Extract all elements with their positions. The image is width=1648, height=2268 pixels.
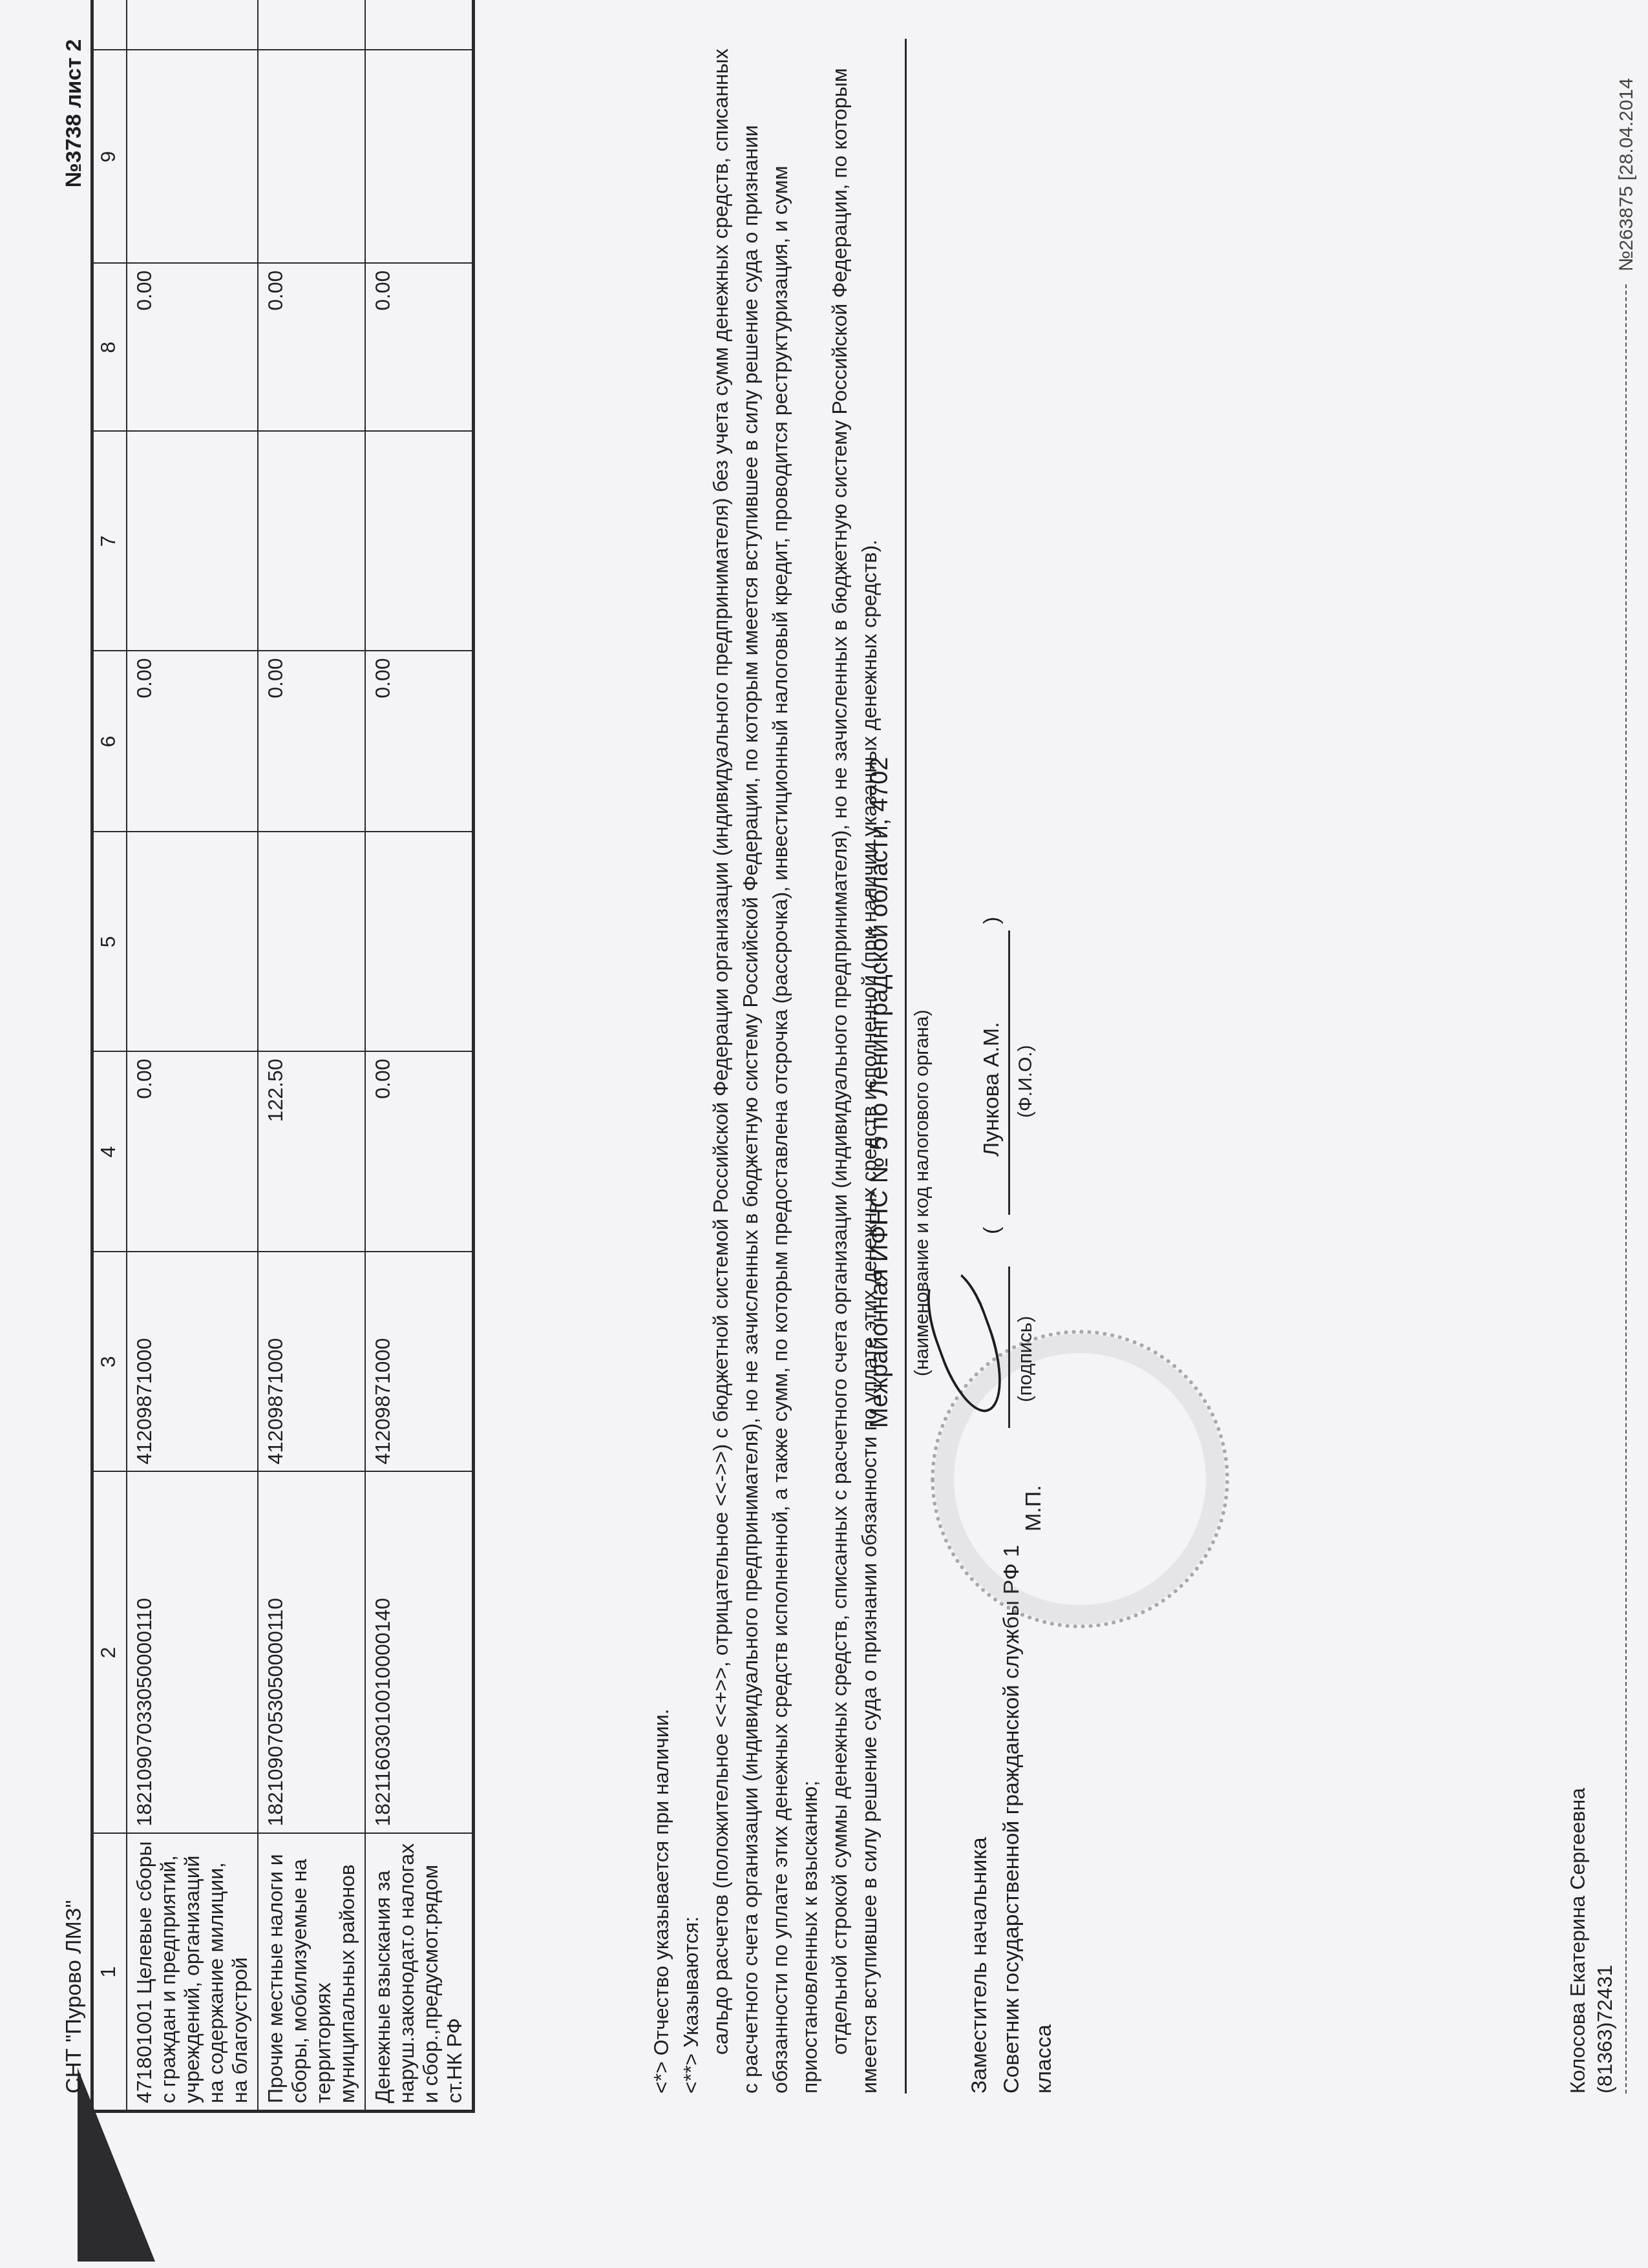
footnote-patronymic: <*> Отчество указывается при наличии. xyxy=(646,39,676,2094)
column-header: 2 xyxy=(92,1472,127,1834)
table-header-row: 1 2 3 4 5 6 7 8 9 10 xyxy=(92,0,127,2112)
signature-caption: (подпись) xyxy=(1015,1316,1037,1402)
table-row: Денежные взыскания за наруш.законодат.о … xyxy=(365,0,474,2112)
oktmo-cell: 41209871000 xyxy=(258,1252,365,1472)
tax-authority-name: Межрайонная ИФНС № 5 по Ленинградской об… xyxy=(866,757,894,1428)
tax-name-cell: 471801001 Целевые сборы с граждан и пред… xyxy=(127,1834,258,2112)
column-header: 4 xyxy=(92,1052,127,1252)
tax-name-cell: Прочие местные налоги и сборы, мобилизуе… xyxy=(258,1834,365,2112)
footnote-balance: сальдо расчетов (положительное <<+>>, от… xyxy=(706,39,825,2094)
tax-name-cell: Денежные взыскания за наруш.законодат.о … xyxy=(365,1834,474,2112)
footnotes: <*> Отчество указывается при наличии. <*… xyxy=(646,39,884,2094)
table-row: Прочие местные налоги и сборы, мобилизуе… xyxy=(258,0,365,2112)
document-page: СНТ "Пурово ЛМЗ" №3738 лист 2 1 2 3 4 5 … xyxy=(0,0,1648,2268)
signatory-name: Лункова А.М. xyxy=(979,1022,1004,1157)
value-cell: 0.00 xyxy=(258,0,365,50)
column-header: 1 xyxy=(92,1834,127,2112)
value-cell: 0.00 xyxy=(127,264,258,432)
value-cell xyxy=(258,432,365,651)
value-cell: 0.00 xyxy=(365,0,474,50)
kbk-cell: 18210907033050000110 xyxy=(127,1472,258,1834)
signature-line xyxy=(1008,1266,1010,1428)
value-cell xyxy=(258,50,365,264)
name-caption: (Ф.И.О.) xyxy=(1015,1045,1037,1118)
value-cell xyxy=(127,50,258,264)
value-cell: 0.00 xyxy=(127,651,258,832)
settlements-table: 1 2 3 4 5 6 7 8 9 10 471801001 Целевые с… xyxy=(90,0,475,2113)
seal-label: М.П. xyxy=(1021,1485,1046,1531)
value-cell xyxy=(127,832,258,1052)
value-cell: 122.50 xyxy=(258,1052,365,1252)
organization-name: СНТ "Пурово ЛМЗ" xyxy=(61,1900,87,2094)
tax-authority-underline xyxy=(905,39,907,2094)
document-reference: №3738 лист 2 xyxy=(61,39,87,187)
value-cell xyxy=(365,832,474,1052)
kbk-cell: 18211603010010000140 xyxy=(365,1472,474,1834)
value-cell: 0.00 xyxy=(258,264,365,432)
oktmo-cell: 41209871000 xyxy=(127,1252,258,1472)
value-cell xyxy=(127,432,258,651)
kbk-cell: 18210907053050000110 xyxy=(258,1472,365,1834)
executor-name: Колосова Екатерина Сергеевна xyxy=(1564,1788,1591,2094)
value-cell: 0.00 xyxy=(365,1052,474,1252)
footnote-specified: <**> Указываются: xyxy=(676,39,706,2094)
value-cell: 0.00 xyxy=(127,0,258,50)
value-cell xyxy=(258,832,365,1052)
column-header: 8 xyxy=(92,264,127,432)
footer-cut-line xyxy=(1625,284,1627,2094)
name-paren-close: ) xyxy=(979,917,1004,924)
column-header: 5 xyxy=(92,832,127,1052)
column-header: 10 xyxy=(92,0,127,50)
value-cell: 0.00 xyxy=(365,651,474,832)
value-cell: 0.00 xyxy=(258,651,365,832)
executor-phone: (81363)72431 xyxy=(1591,1788,1618,2094)
column-header: 9 xyxy=(92,50,127,264)
value-cell: 0.00 xyxy=(365,264,474,432)
value-cell xyxy=(365,50,474,264)
column-header: 7 xyxy=(92,432,127,651)
footer-reference: №263875 [28.04.2014 xyxy=(1616,78,1638,271)
executor-info: Колосова Екатерина Сергеевна (81363)7243… xyxy=(1564,1788,1618,2094)
name-line xyxy=(1008,930,1010,1215)
column-header: 6 xyxy=(92,651,127,832)
column-header: 3 xyxy=(92,1252,127,1472)
signatory-position: Заместитель начальника Советник государс… xyxy=(963,1545,1060,2094)
value-cell: 0.00 xyxy=(127,1052,258,1252)
value-cell xyxy=(365,432,474,651)
table-row: 471801001 Целевые сборы с граждан и пред… xyxy=(127,0,258,2112)
oktmo-cell: 41209871000 xyxy=(365,1252,474,1472)
name-paren-open: ( xyxy=(979,1227,1004,1234)
